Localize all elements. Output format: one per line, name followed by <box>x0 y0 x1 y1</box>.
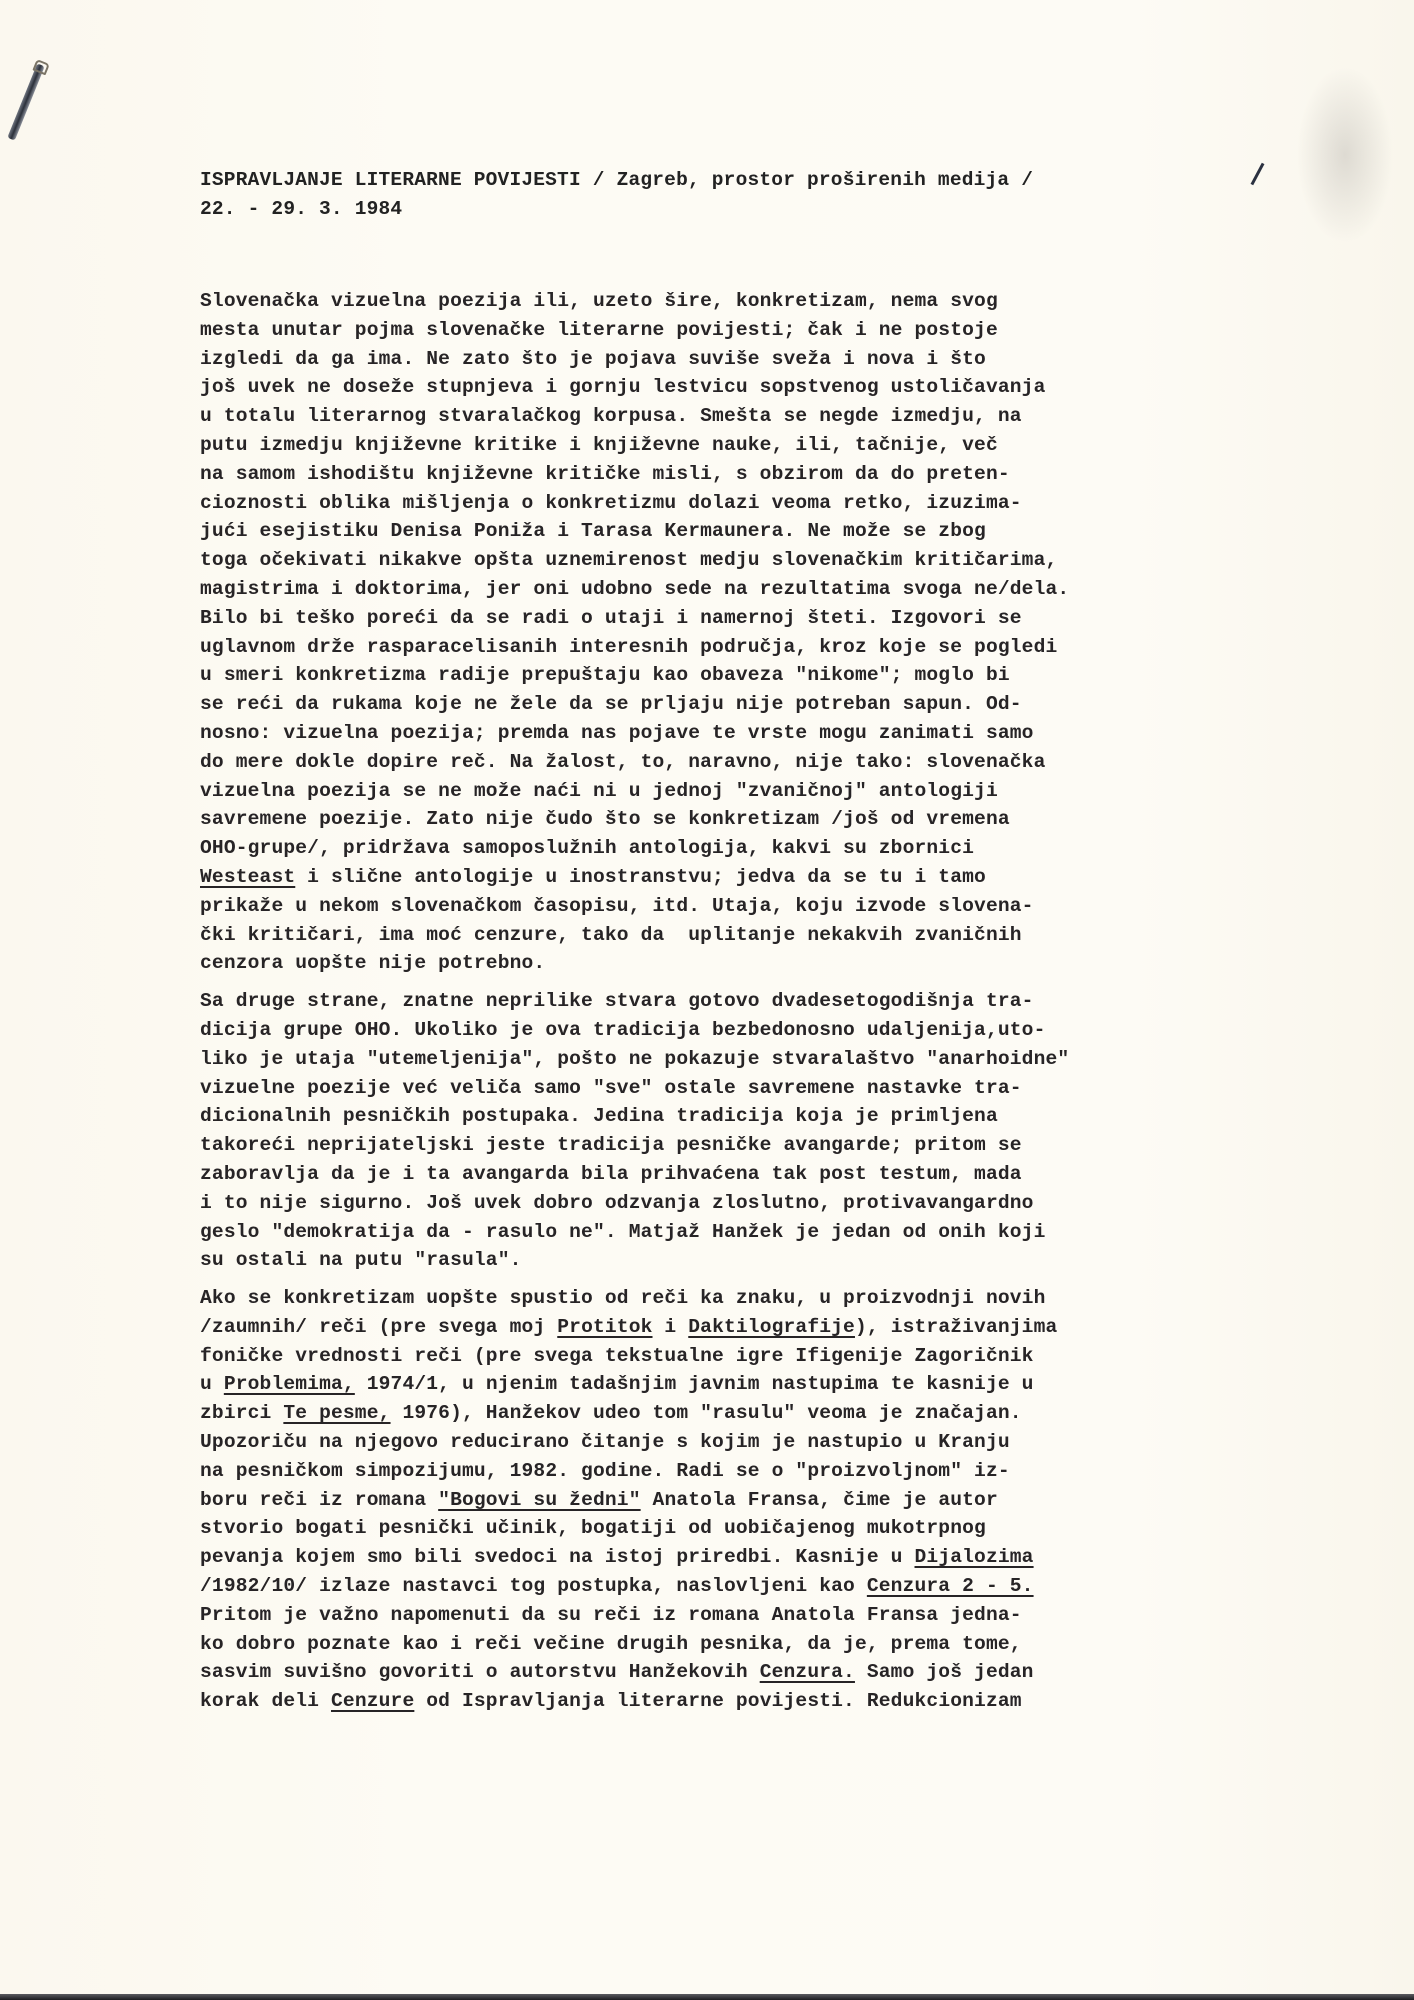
text-run: Pritom je važno napomenuti da su reči iz… <box>200 1604 1022 1626</box>
text-run: mesta unutar pojma slovenačke literarne … <box>200 319 998 341</box>
text-run: zbirci <box>200 1402 283 1424</box>
text-line: Ako se konkretizam uopšte spustio od reč… <box>200 1284 1300 1313</box>
text-run: putu izmedju književne kritike i književ… <box>200 434 998 456</box>
text-run: zaboravlja da je i ta avangarda bila pri… <box>200 1163 1022 1185</box>
staple-icon <box>7 63 44 140</box>
text-run: uglavnom drže rasparacelisanih interesni… <box>200 636 1057 658</box>
text-run: nosno: vizuelna poezija; premda nas poja… <box>200 722 1034 744</box>
text-line: dicionalnih pesničkih postupaka. Jedina … <box>200 1102 1300 1131</box>
text-line: OHO-grupe/, pridržava samoposlužnih anto… <box>200 834 1300 863</box>
text-line: su ostali na putu "rasula". <box>200 1246 1300 1275</box>
text-line: do mere dokle dopire reč. Na žalost, to,… <box>200 748 1300 777</box>
text-run: sasvim suvišno govoriti o autorstvu Hanž… <box>200 1661 760 1683</box>
text-line: toga očekivati nikakve opšta uznemirenos… <box>200 546 1300 575</box>
text-run: Ako se konkretizam uopšte spustio od reč… <box>200 1287 1045 1309</box>
paragraph: Ako se konkretizam uopšte spustio od reč… <box>200 1284 1300 1716</box>
text-line: boru reči iz romana "Bogovi su žedni" An… <box>200 1486 1300 1515</box>
text-line: mesta unutar pojma slovenačke literarne … <box>200 316 1300 345</box>
text-line: na samom ishodištu književne kritičke mi… <box>200 460 1300 489</box>
text-line: pevanja kojem smo bili svedoci na istoj … <box>200 1543 1300 1572</box>
text-line: Slovenačka vizuelna poezija ili, uzeto š… <box>200 287 1300 316</box>
text-run: takoreći neprijateljski jeste tradicija … <box>200 1134 1022 1156</box>
text-run: ), istraživanjima <box>855 1316 1057 1338</box>
underlined-title: Dijalozima <box>915 1546 1034 1568</box>
document-header: ISPRAVLJANJE LITERARNE POVIJESTI / Zagre… <box>200 157 1033 215</box>
text-run: vizuelna poezija se ne može naći ni u je… <box>200 780 998 802</box>
text-line: Upozoriču na njegovo reducirano čitanje … <box>200 1428 1300 1457</box>
pen-mark <box>1251 163 1265 186</box>
text-run: toga očekivati nikakve opšta uznemirenos… <box>200 549 1057 571</box>
text-line: Pritom je važno napomenuti da su reči iz… <box>200 1601 1300 1630</box>
page-bottom-edge <box>0 1994 1414 2000</box>
text-run: pevanja kojem smo bili svedoci na istoj … <box>200 1546 915 1568</box>
text-line: na pesničkom simpozijumu, 1982. godine. … <box>200 1457 1300 1486</box>
text-run: /zaumnih/ reči (pre svega moj <box>200 1316 557 1338</box>
text-run: u smeri konkretizma radije prepuštaju ka… <box>200 664 1010 686</box>
text-run: liko je utaja "utemeljenija", pošto ne p… <box>200 1048 1069 1070</box>
text-run: foničke vrednosti reči (pre svega tekstu… <box>200 1345 1034 1367</box>
text-line: /1982/10/ izlaze nastavci tog postupka, … <box>200 1572 1300 1601</box>
text-line: čki kritičari, ima moć cenzure, tako da … <box>200 921 1300 950</box>
text-run: Sa druge strane, znatne neprilike stvara… <box>200 990 1034 1012</box>
text-line: savremene poezije. Zato nije čudo što se… <box>200 805 1300 834</box>
text-line: jući esejistiku Denisa Poniža i Tarasa K… <box>200 517 1300 546</box>
text-line: nosno: vizuelna poezija; premda nas poja… <box>200 719 1300 748</box>
text-run: cenzora uopšte nije potrebno. <box>200 952 545 974</box>
paragraph: Slovenačka vizuelna poezija ili, uzeto š… <box>200 287 1300 978</box>
text-line: /zaumnih/ reči (pre svega moj Protitok i… <box>200 1313 1300 1342</box>
text-line: Sa druge strane, znatne neprilike stvara… <box>200 987 1300 1016</box>
underlined-title: Problemima, <box>224 1373 355 1395</box>
text-line: liko je utaja "utemeljenija", pošto ne p… <box>200 1045 1300 1074</box>
text-line: se reći da rukama koje ne žele da se prl… <box>200 690 1300 719</box>
text-line: sasvim suvišno govoriti o autorstvu Hanž… <box>200 1658 1300 1687</box>
underlined-title: "Bogovi su žedni" <box>438 1489 640 1511</box>
text-run: na pesničkom simpozijumu, 1982. godine. … <box>200 1460 1010 1482</box>
text-run: izgledi da ga ima. Ne zato što je pojava… <box>200 348 986 370</box>
text-line: stvorio bogati pesnički učinik, bogatiji… <box>200 1514 1300 1543</box>
text-run: stvorio bogati pesnički učinik, bogatiji… <box>200 1517 986 1539</box>
text-run: u <box>200 1373 224 1395</box>
underlined-title: Te pesme, <box>283 1402 390 1424</box>
text-run: Samo još jedan <box>855 1661 1034 1683</box>
text-run: dicija grupe OHO. Ukoliko je ova tradici… <box>200 1019 1045 1041</box>
text-line: vizuelne poezije već veliča samo "sve" o… <box>200 1074 1300 1103</box>
text-line: i to nije sigurno. Još uvek dobro odzvan… <box>200 1189 1300 1218</box>
text-run: Anatola Fransa, čime je autor <box>641 1489 998 1511</box>
text-line: vizuelna poezija se ne može naći ni u je… <box>200 777 1300 806</box>
text-line: izgledi da ga ima. Ne zato što je pojava… <box>200 345 1300 374</box>
text-run: Slovenačka vizuelna poezija ili, uzeto š… <box>200 290 998 312</box>
text-run: u totalu literarnog stvaralačkog korpusa… <box>200 405 1022 427</box>
text-run: i slične antologije u inostranstvu; jedv… <box>295 866 986 888</box>
text-run: boru reči iz romana <box>200 1489 438 1511</box>
text-run: prikaže u nekom slovenačkom časopisu, it… <box>200 895 1034 917</box>
text-line: dicija grupe OHO. Ukoliko je ova tradici… <box>200 1016 1300 1045</box>
text-run: savremene poezije. Zato nije čudo što se… <box>200 808 1010 830</box>
text-line: magistrima i doktorima, jer oni udobno s… <box>200 575 1300 604</box>
text-line: cioznosti oblika mišljenja o konkretizmu… <box>200 489 1300 518</box>
text-line: u smeri konkretizma radije prepuštaju ka… <box>200 661 1300 690</box>
header-title: ISPRAVLJANJE LITERARNE POVIJESTI / Zagre… <box>200 157 1033 186</box>
text-line: u totalu literarnog stvaralačkog korpusa… <box>200 402 1300 431</box>
text-run: još uvek ne doseže stupnjeva i gornju le… <box>200 376 1045 398</box>
text-line: korak deli Cenzure od Ispravljanja liter… <box>200 1687 1300 1716</box>
text-run: OHO-grupe/, pridržava samoposlužnih anto… <box>200 837 974 859</box>
text-line: Westeast i slične antologije u inostrans… <box>200 863 1300 892</box>
text-run: vizuelne poezije već veliča samo "sve" o… <box>200 1077 1022 1099</box>
text-line: još uvek ne doseže stupnjeva i gornju le… <box>200 373 1300 402</box>
text-line: takoreći neprijateljski jeste tradicija … <box>200 1131 1300 1160</box>
text-line: zbirci Te pesme, 1976), Hanžekov udeo to… <box>200 1399 1300 1428</box>
paragraph: Sa druge strane, znatne neprilike stvara… <box>200 987 1300 1275</box>
text-run: i to nije sigurno. Još uvek dobro odzvan… <box>200 1192 1034 1214</box>
text-run: na samom ishodištu književne kritičke mi… <box>200 463 1010 485</box>
underlined-title: Westeast <box>200 866 295 888</box>
text-run: 1974/1, u njenim tadašnjim javnim nastup… <box>355 1373 1034 1395</box>
underlined-title: Cenzure <box>331 1690 414 1712</box>
underlined-title: Cenzura. <box>760 1661 855 1683</box>
typewritten-page: ISPRAVLJANJE LITERARNE POVIJESTI / Zagre… <box>0 0 1414 2000</box>
text-line: uglavnom drže rasparacelisanih interesni… <box>200 633 1300 662</box>
text-run: ko dobro poznate kao i reči večine drugi… <box>200 1633 1022 1655</box>
document-body: Slovenačka vizuelna poezija ili, uzeto š… <box>200 287 1300 1725</box>
text-run: su ostali na putu "rasula". <box>200 1249 522 1271</box>
text-run: /1982/10/ izlaze nastavci tog postupka, … <box>200 1575 867 1597</box>
text-line: foničke vrednosti reči (pre svega tekstu… <box>200 1342 1300 1371</box>
text-line: prikaže u nekom slovenačkom časopisu, it… <box>200 892 1300 921</box>
text-run: od Ispravljanja literarne povijesti. Red… <box>414 1690 1021 1712</box>
text-line: geslo "demokratija da - rasulo ne". Matj… <box>200 1218 1300 1247</box>
underlined-title: Cenzura 2 - 5. <box>867 1575 1034 1597</box>
text-line: Bilo bi teško poreći da se radi o utaji … <box>200 604 1300 633</box>
text-run: Bilo bi teško poreći da se radi o utaji … <box>200 607 1022 629</box>
text-run: magistrima i doktorima, jer oni udobno s… <box>200 578 1069 600</box>
underlined-title: Protitok <box>557 1316 652 1338</box>
text-line: putu izmedju književne kritike i književ… <box>200 431 1300 460</box>
text-run: jući esejistiku Denisa Poniža i Tarasa K… <box>200 520 986 542</box>
text-run: do mere dokle dopire reč. Na žalost, to,… <box>200 751 1045 773</box>
text-run: geslo "demokratija da - rasulo ne". Matj… <box>200 1221 1045 1243</box>
text-run: Upozoriču na njegovo reducirano čitanje … <box>200 1431 1010 1453</box>
text-run: cioznosti oblika mišljenja o konkretizmu… <box>200 492 1022 514</box>
text-line: ko dobro poznate kao i reči večine drugi… <box>200 1630 1300 1659</box>
text-run: korak deli <box>200 1690 331 1712</box>
text-run: dicionalnih pesničkih postupaka. Jedina … <box>200 1105 998 1127</box>
text-run: čki kritičari, ima moć cenzure, tako da … <box>200 924 1022 946</box>
underlined-title: Daktilografije <box>688 1316 855 1338</box>
text-run: se reći da rukama koje ne žele da se prl… <box>200 693 1022 715</box>
text-line: cenzora uopšte nije potrebno. <box>200 949 1300 978</box>
text-line: zaboravlja da je i ta avangarda bila pri… <box>200 1160 1300 1189</box>
text-run: 1976), Hanžekov udeo tom "rasulu" veoma … <box>391 1402 1022 1424</box>
text-line: u Problemima, 1974/1, u njenim tadašnjim… <box>200 1370 1300 1399</box>
text-run: i <box>653 1316 689 1338</box>
